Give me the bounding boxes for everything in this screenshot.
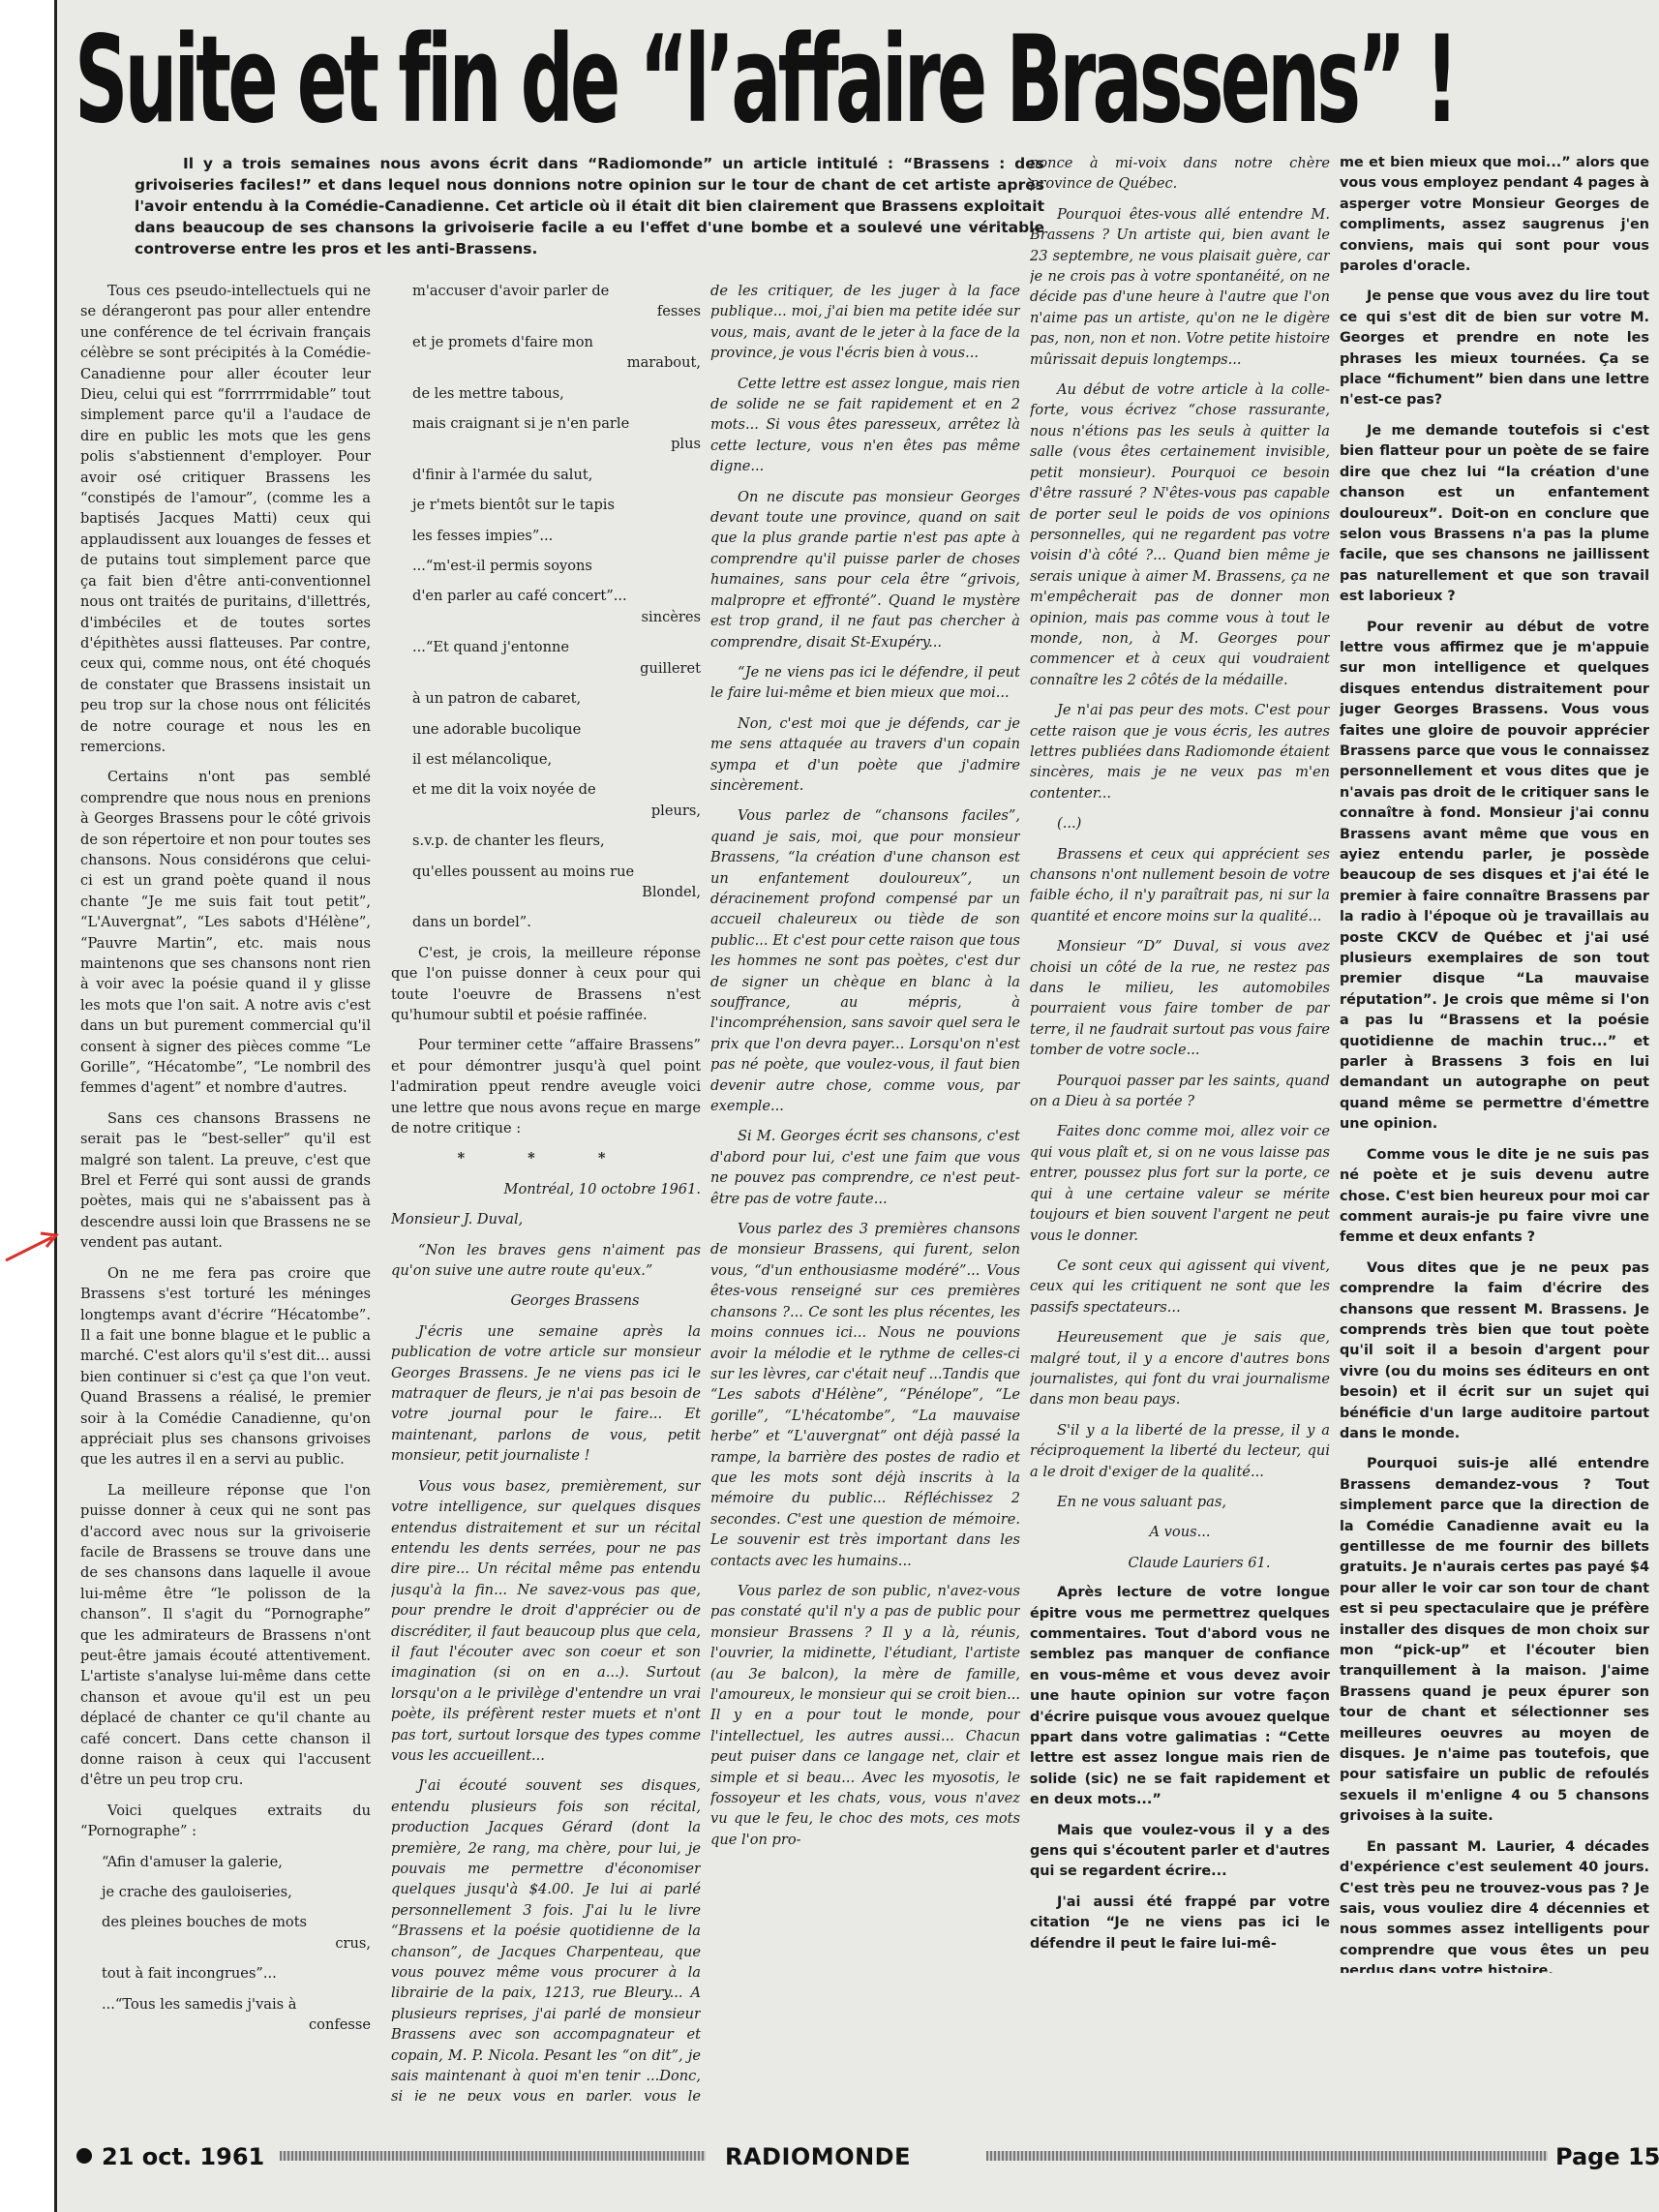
letter-paragraph: J'écris une semaine après la publication… bbox=[391, 1321, 701, 1467]
paragraph: C'est, je crois, la meilleure réponse qu… bbox=[391, 943, 701, 1026]
reply-paragraph: Mais que voulez-vous il y a des gens qui… bbox=[1030, 1821, 1330, 1883]
column-4: nonce à mi-voix dans notre chère provinc… bbox=[1030, 153, 1330, 1973]
letter-paragraph: Je n'ai pas peur des mots. C'est pour ce… bbox=[1030, 700, 1330, 803]
letter-paragraph: Vous parlez de “chansons faciles”, quand… bbox=[710, 805, 1020, 1116]
letter-paragraph: Cette lettre est assez longue, mais rien… bbox=[710, 374, 1020, 477]
paragraph: Sans ces chansons Brassens ne serait pas… bbox=[80, 1108, 371, 1254]
reply-paragraph: Comme vous le dite je ne suis pas né poè… bbox=[1340, 1145, 1649, 1249]
verse-line: une adorable bucolique bbox=[391, 719, 701, 740]
verse-line: d'en parler au café concert”...sincères bbox=[391, 586, 701, 627]
letter-paragraph: Vous vous basez, premièrement, sur votre… bbox=[391, 1476, 701, 1767]
letter-paragraph: de les critiquer, de les juger à la face… bbox=[710, 281, 1020, 364]
epigraph: “Non les braves gens n'aiment pas qu'on … bbox=[391, 1240, 701, 1282]
verse-line: tout à fait incongrues”... bbox=[80, 1963, 371, 1984]
column-5: me et bien mieux que moi...” alors que v… bbox=[1340, 153, 1649, 1973]
paragraph: Voici quelques extraits du “Pornographe”… bbox=[80, 1801, 371, 1842]
letter-paragraph: Pourquoi passer par les saints, quand on… bbox=[1030, 1071, 1330, 1112]
letter-paragraph: “Je ne viens pas ici le défendre, il peu… bbox=[710, 662, 1020, 704]
verse-line: mais craignant si je n'en parleplus bbox=[391, 413, 701, 455]
column-3: de les critiquer, de les juger à la face… bbox=[710, 281, 1020, 2101]
letter-salutation: Monsieur J. Duval, bbox=[391, 1209, 701, 1229]
reader-letter: Montréal, 10 octobre 1961. Monsieur J. D… bbox=[391, 1179, 701, 2101]
letter-paragraph: Brassens et ceux qui apprécient ses chan… bbox=[1030, 844, 1330, 927]
verse-line: m'accuser d'avoir parler defesses bbox=[391, 281, 701, 322]
verse-line: qu'elles poussent au moins rueBlondel, bbox=[391, 862, 701, 903]
section-separator: * * * bbox=[391, 1148, 701, 1168]
masthead: RADIOMONDE bbox=[725, 2139, 911, 2174]
reader-letter-continued: nonce à mi-voix dans notre chère provinc… bbox=[1030, 153, 1330, 1573]
letter-paragraph: On ne discute pas monsieur Georges devan… bbox=[710, 487, 1020, 652]
paragraph: On ne me fera pas croire que Brassens s'… bbox=[80, 1263, 371, 1470]
letter-paragraph: Non, c'est moi que je défends, car je me… bbox=[710, 713, 1020, 797]
headline: Suite et fin de “l’affaire Brassens” ! bbox=[75, 17, 1646, 143]
verse-line: des pleines bouches de motscrus, bbox=[80, 1912, 371, 1954]
verse-line: de les mettre tabous, bbox=[391, 383, 701, 404]
paragraph: La meilleure réponse que l'on puisse don… bbox=[80, 1480, 371, 1791]
verse-line: et je promets d'faire monmarabout, bbox=[391, 332, 701, 374]
verse-line: ...“Tous les samedis j'vais àconfesse bbox=[80, 1994, 371, 2036]
footer-rule bbox=[986, 2151, 1548, 2161]
bullet-icon bbox=[76, 2148, 92, 2164]
reply-paragraph: me et bien mieux que moi...” alors que v… bbox=[1340, 153, 1649, 277]
letter-paragraph: S'il y a la liberté de la presse, il y a… bbox=[1030, 1420, 1330, 1482]
epigraph-author: Georges Brassens bbox=[391, 1290, 701, 1311]
verse-line: les fesses impies”... bbox=[391, 526, 701, 546]
paragraph: Pour terminer cette “affaire Brassens” e… bbox=[391, 1035, 701, 1138]
letter-paragraph: Si M. Georges écrit ses chansons, c'est … bbox=[710, 1126, 1020, 1209]
letter-paragraph: Au début de votre article à la colle-for… bbox=[1030, 379, 1330, 690]
newspaper-page: Suite et fin de “l’affaire Brassens” ! I… bbox=[54, 0, 1659, 2212]
verse-line: je crache des gauloiseries, bbox=[80, 1882, 371, 1902]
letter-signature: Claude Lauriers 61. bbox=[1030, 1553, 1330, 1573]
letter-paragraph: Ce sont ceux qui agissent qui vivent, ce… bbox=[1030, 1256, 1330, 1318]
reply-paragraph: Je me demande toutefois si c'est bien fl… bbox=[1340, 421, 1649, 608]
reply-paragraph: Après lecture de votre longue épitre vou… bbox=[1030, 1583, 1330, 1810]
letter-paragraph: (...) bbox=[1030, 813, 1330, 833]
letter-paragraph: nonce à mi-voix dans notre chère provinc… bbox=[1030, 153, 1330, 195]
intro-lede: Il y a trois semaines nous avons écrit d… bbox=[135, 153, 1044, 259]
paragraph: Tous ces pseudo-intellectuels qui ne se … bbox=[80, 281, 371, 757]
letter-paragraph: Vous parlez de son public, n'avez-vous p… bbox=[710, 1581, 1020, 1850]
verse-line: ...“m'est-il permis soyons bbox=[391, 556, 701, 576]
page-number: Page 15 bbox=[1555, 2139, 1659, 2174]
column-1: Tous ces pseudo-intellectuels qui ne se … bbox=[80, 281, 371, 2101]
letter-paragraph: En ne vous saluant pas, bbox=[1030, 1492, 1330, 1512]
footer-rule bbox=[280, 2151, 706, 2161]
reply-paragraph: En passant M. Laurier, 4 décades d'expér… bbox=[1340, 1837, 1649, 1973]
issue-date: 21 oct. 1961 bbox=[76, 2139, 264, 2174]
reply-paragraph: Vous dites que je ne peux pas comprendre… bbox=[1340, 1258, 1649, 1445]
reply-paragraph: Pourquoi suis-je allé entendre Brassens … bbox=[1340, 1454, 1649, 1827]
verse-line: à un patron de cabaret, bbox=[391, 688, 701, 709]
letter-paragraph: Heureusement que je sais que, malgré tou… bbox=[1030, 1327, 1330, 1410]
letter-paragraph: Vous parlez des 3 premières chansons de … bbox=[710, 1219, 1020, 1571]
letter-paragraph: Monsieur “D” Duval, si vous avez choisi … bbox=[1030, 936, 1330, 1060]
verse-line: il est mélancolique, bbox=[391, 749, 701, 770]
letter-paragraph: Pourquoi êtes-vous allé entendre M. Bras… bbox=[1030, 204, 1330, 370]
letter-closing: A vous... bbox=[1030, 1522, 1330, 1542]
verse-line: je r'mets bientôt sur le tapis bbox=[391, 495, 701, 515]
letter-paragraph: J'ai écouté souvent ses disques, entendu… bbox=[391, 1775, 701, 2101]
reply-paragraph: Pour revenir au début de votre lettre vo… bbox=[1340, 618, 1649, 1136]
red-arrow-icon bbox=[4, 1227, 62, 1266]
verse-line: et me dit la voix noyée depleurs, bbox=[391, 779, 701, 821]
verse-line: s.v.p. de chanter les fleurs, bbox=[391, 831, 701, 851]
reply-paragraph: J'ai aussi été frappé par votre citation… bbox=[1030, 1893, 1330, 1954]
reply-paragraph: Je pense que vous avez du lire tout ce q… bbox=[1340, 287, 1649, 410]
paragraph: Certains n'ont pas semblé comprendre que… bbox=[80, 767, 371, 1099]
column-2: m'accuser d'avoir parler defesses et je … bbox=[391, 281, 701, 2101]
letter-paragraph: Faites donc comme moi, allez voir ce qui… bbox=[1030, 1121, 1330, 1245]
letter-dateline: Montréal, 10 octobre 1961. bbox=[391, 1179, 701, 1199]
editor-reply: Après lecture de votre longue épitre vou… bbox=[1030, 1583, 1330, 1954]
verse-line: dans un bordel”. bbox=[391, 912, 701, 932]
page-footer: 21 oct. 1961 RADIOMONDE Page 15 bbox=[57, 2139, 1659, 2174]
verse-line: ...“Et quand j'entonneguilleret bbox=[391, 637, 701, 679]
verse-line: “Afin d'amuser la galerie, bbox=[80, 1852, 371, 1872]
verse-line: d'finir à l'armée du salut, bbox=[391, 465, 701, 485]
